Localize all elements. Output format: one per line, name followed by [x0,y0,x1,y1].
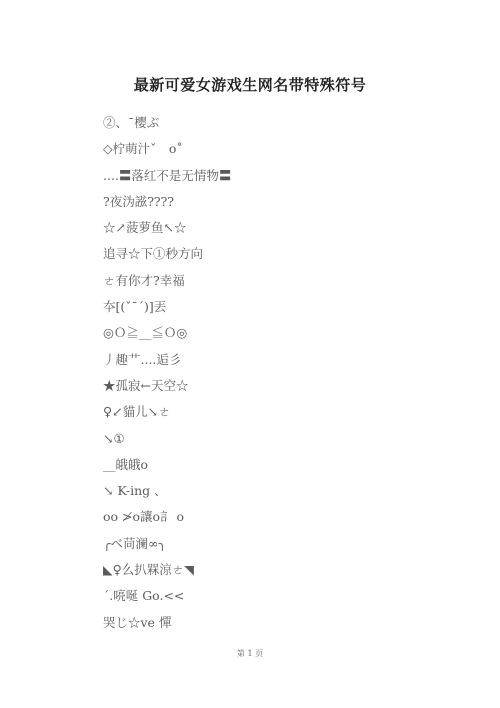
list-item: 哭じ☆ve 憚 [103,614,423,640]
nickname-list: ②、ˉ樱ぶ ◇柠萌汁ˇ ο˚ ....〓落红不是无情物〓 ?夜沩誸???? ☆↗… [103,114,423,640]
list-item: 夲[(ˇˉˊ)]丟 [103,298,423,324]
list-item: ↘① [103,430,423,456]
list-item: 丿趣艹....逅彡 [103,351,423,377]
list-item: ˊ.喨唌 Go.<< [103,587,423,613]
list-item: ╭ベ苘澜∞╮ [103,535,423,561]
list-item: __皒皒ο [103,456,423,482]
list-item: ★孤寂←天空☆ [103,377,423,403]
list-item: ㄜ有你才?幸福 [103,272,423,298]
list-item: ?夜沩誸???? [103,193,423,219]
list-item: ②、ˉ樱ぶ [103,114,423,140]
list-item: ◇柠萌汁ˇ ο˚ [103,140,423,166]
list-item: ◎Ｏ≧__≦Ｏ◎ [103,324,423,350]
list-item: ....〓落红不是无情物〓 [103,167,423,193]
page-number: 第 1 页 [0,648,500,659]
list-item: 追寻☆下①秒方向 [103,245,423,271]
list-item: ♀↙貓儿↘ㄜ [103,403,423,429]
list-item: οο ≯ο讓ο訁 ο [103,508,423,534]
list-item: ↘ K-ing 、 [103,482,423,508]
document-title: 最新可爱女游戏生网名带特殊符号 [0,74,500,95]
list-item: ◣♀么扒槑涼ㄜ◥ [103,561,423,587]
document-page: 最新可爱女游戏生网名带特殊符号 ②、ˉ樱ぶ ◇柠萌汁ˇ ο˚ ....〓落红不是… [0,0,500,708]
list-item: ☆↗菠萝鱼↖☆ [103,219,423,245]
